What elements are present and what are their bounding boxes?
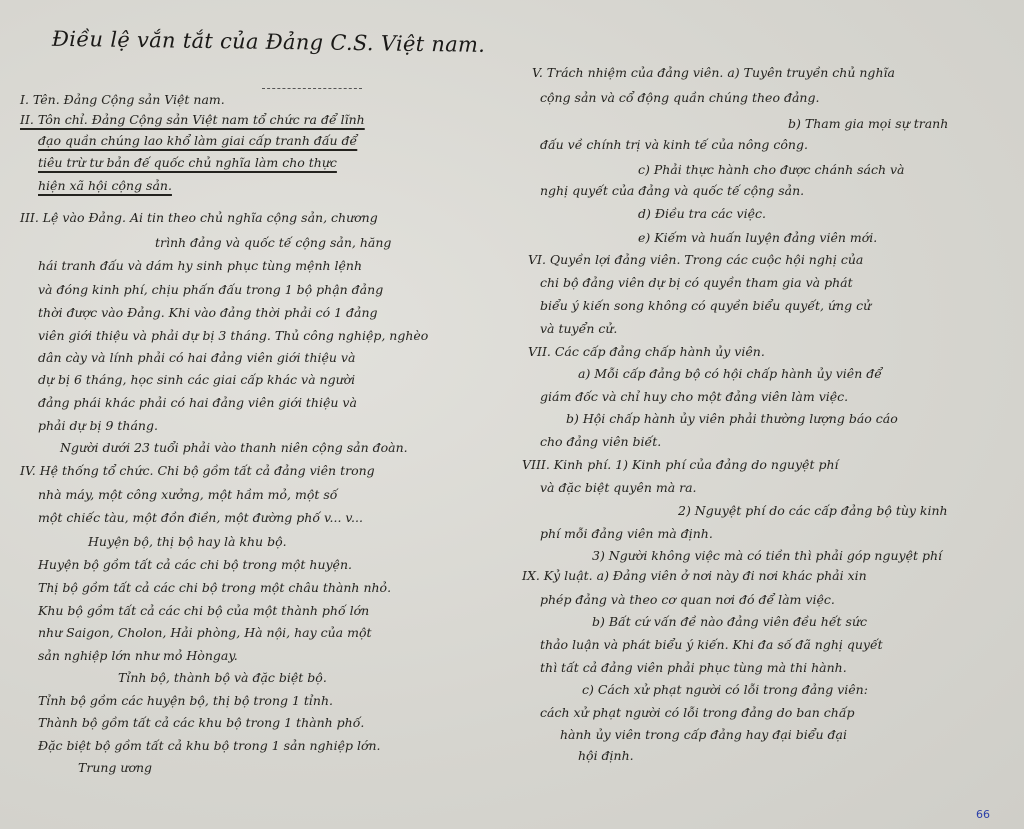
text-line: c) Phải thực hành cho được chánh sách và: [638, 162, 905, 178]
text-line: hiện xã hội cộng sản.: [38, 178, 172, 194]
text-line: b) Tham gia mọi sự tranh: [788, 116, 948, 132]
text-line: d) Điều tra các việc.: [638, 206, 766, 222]
text-line: tiêu trừ tư bản đế quốc chủ nghĩa làm ch…: [38, 155, 337, 171]
text-line: 3) Người không việc mà có tiền thì phải …: [592, 548, 942, 564]
text-line: e) Kiếm và huấn luyện đảng viên mới.: [638, 230, 877, 246]
text-line: V. Trách nhiệm của đảng viên. a) Tuyên t…: [532, 65, 895, 81]
text-line: nhà máy, một công xưởng, một hầm mỏ, một…: [38, 487, 337, 503]
text-line: Thành bộ gồm tất cả các khu bộ trong 1 t…: [38, 715, 364, 731]
text-line: Thị bộ gồm tất cả các chi bộ trong một c…: [38, 580, 391, 596]
text-line: chi bộ đảng viên dự bị có quyền tham gia…: [540, 275, 853, 291]
text-line: Người dưới 23 tuổi phải vào thanh niên c…: [60, 440, 408, 456]
text-line: viên giới thiệu và phải dự bị 3 tháng. T…: [38, 328, 428, 344]
text-line: cách xử phạt người có lỗi trong đảng do …: [540, 705, 855, 721]
text-line: I. Tên. Đảng Cộng sản Việt nam.: [20, 92, 225, 108]
text-line: và đóng kinh phí, chịu phấn đấu trong 1 …: [38, 282, 383, 298]
text-line: thảo luận và phát biểu ý kiến. Khi đa số…: [540, 637, 883, 653]
text-line: thời được vào Đảng. Khi vào đảng thời ph…: [38, 305, 378, 321]
page-number: 66: [976, 808, 990, 821]
text-line: phép đảng và theo cơ quan nơi đó để làm …: [540, 592, 835, 608]
text-line: phí mỗi đảng viên mà định.: [540, 526, 713, 542]
text-line: III. Lệ vào Đảng. Ai tin theo chủ nghĩa …: [20, 210, 378, 226]
text-line: c) Cách xử phạt người có lỗi trong đảng …: [582, 682, 868, 698]
text-line: dự bị 6 tháng, học sinh các giai cấp khá…: [38, 372, 355, 388]
text-line: dân cày và lính phải có hai đảng viên gi…: [38, 350, 355, 366]
text-line: Đặc biệt bộ gồm tất cả khu bộ trong 1 sả…: [38, 738, 381, 754]
text-line: đạo quần chúng lao khổ làm giai cấp tran…: [38, 133, 357, 149]
text-line: và đặc biệt quyên mà ra.: [540, 480, 697, 496]
text-line: và tuyển cử.: [540, 321, 617, 337]
text-line: như Saigon, Cholon, Hải phòng, Hà nội, h…: [38, 625, 372, 641]
text-line: đấu về chính trị và kinh tế của nông côn…: [540, 137, 808, 153]
text-line: Tỉnh bộ gồm các huyện bộ, thị bộ trong 1…: [38, 693, 333, 709]
text-line: Trung ương: [78, 760, 152, 776]
text-line: phải dự bị 9 tháng.: [38, 418, 158, 434]
text-line: giám đốc và chỉ huy cho một đảng viên là…: [540, 389, 848, 405]
text-line: IV. Hệ thống tổ chức. Chi bộ gồm tất cả …: [20, 463, 375, 479]
text-line: a) Mỗi cấp đảng bộ có hội chấp hành ủy v…: [578, 366, 882, 382]
text-line: biểu ý kiến song không có quyền biểu quy…: [540, 298, 871, 314]
text-line: VIII. Kinh phí. 1) Kinh phí của đảng do …: [522, 457, 839, 473]
text-line: II. Tôn chỉ. Đảng Cộng sản Việt nam tổ c…: [20, 112, 365, 128]
text-line: cho đảng viên biết.: [540, 434, 661, 450]
text-line: một chiếc tàu, một đồn điền, một đường p…: [38, 510, 363, 526]
document-photo: Điều lệ vắn tắt của Đảng C.S. Việt nam. …: [0, 0, 1024, 829]
text-line: 2) Nguyệt phí do các cấp đảng bộ tùy kin…: [678, 503, 948, 519]
title-divider: [262, 88, 362, 89]
text-line: VII. Các cấp đảng chấp hành ủy viên.: [528, 344, 765, 360]
text-line: nghị quyết của đảng và quốc tế cộng sản.: [540, 183, 804, 199]
text-line: đảng phái khác phải có hai đảng viên giớ…: [38, 395, 357, 411]
text-line: b) Bất cứ vấn đề nào đảng viên đều hết s…: [592, 614, 867, 630]
document-title: Điều lệ vắn tắt của Đảng C.S. Việt nam.: [52, 27, 512, 57]
text-line: Khu bộ gồm tất cả các chi bộ của một thà…: [38, 603, 369, 619]
text-line: Huyện bộ gồm tất cả các chi bộ trong một…: [38, 557, 352, 573]
text-line: b) Hội chấp hành ủy viên phải thường lượ…: [566, 411, 898, 427]
text-line: IX. Kỷ luật. a) Đảng viên ở nơi này đi n…: [522, 568, 867, 584]
text-line: Huyện bộ, thị bộ hay là khu bộ.: [88, 534, 287, 550]
text-line: hội định.: [578, 748, 634, 764]
text-line: hái tranh đấu và dám hy sinh phục tùng m…: [38, 258, 362, 274]
text-line: Tỉnh bộ, thành bộ và đặc biệt bộ.: [118, 670, 327, 686]
text-line: cộng sản và cổ động quần chúng theo đảng…: [540, 90, 819, 106]
text-line: hành ủy viên trong cấp đảng hay đại biểu…: [560, 727, 847, 743]
text-line: trình đảng và quốc tế cộng sản, hăng: [155, 235, 391, 251]
text-line: VI. Quyền lợi đảng viên. Trong các cuộc …: [528, 252, 863, 268]
text-line: sản nghiệp lớn như mỏ Hòngay.: [38, 648, 238, 664]
text-line: thì tất cả đảng viên phải phục tùng mà t…: [540, 660, 847, 676]
